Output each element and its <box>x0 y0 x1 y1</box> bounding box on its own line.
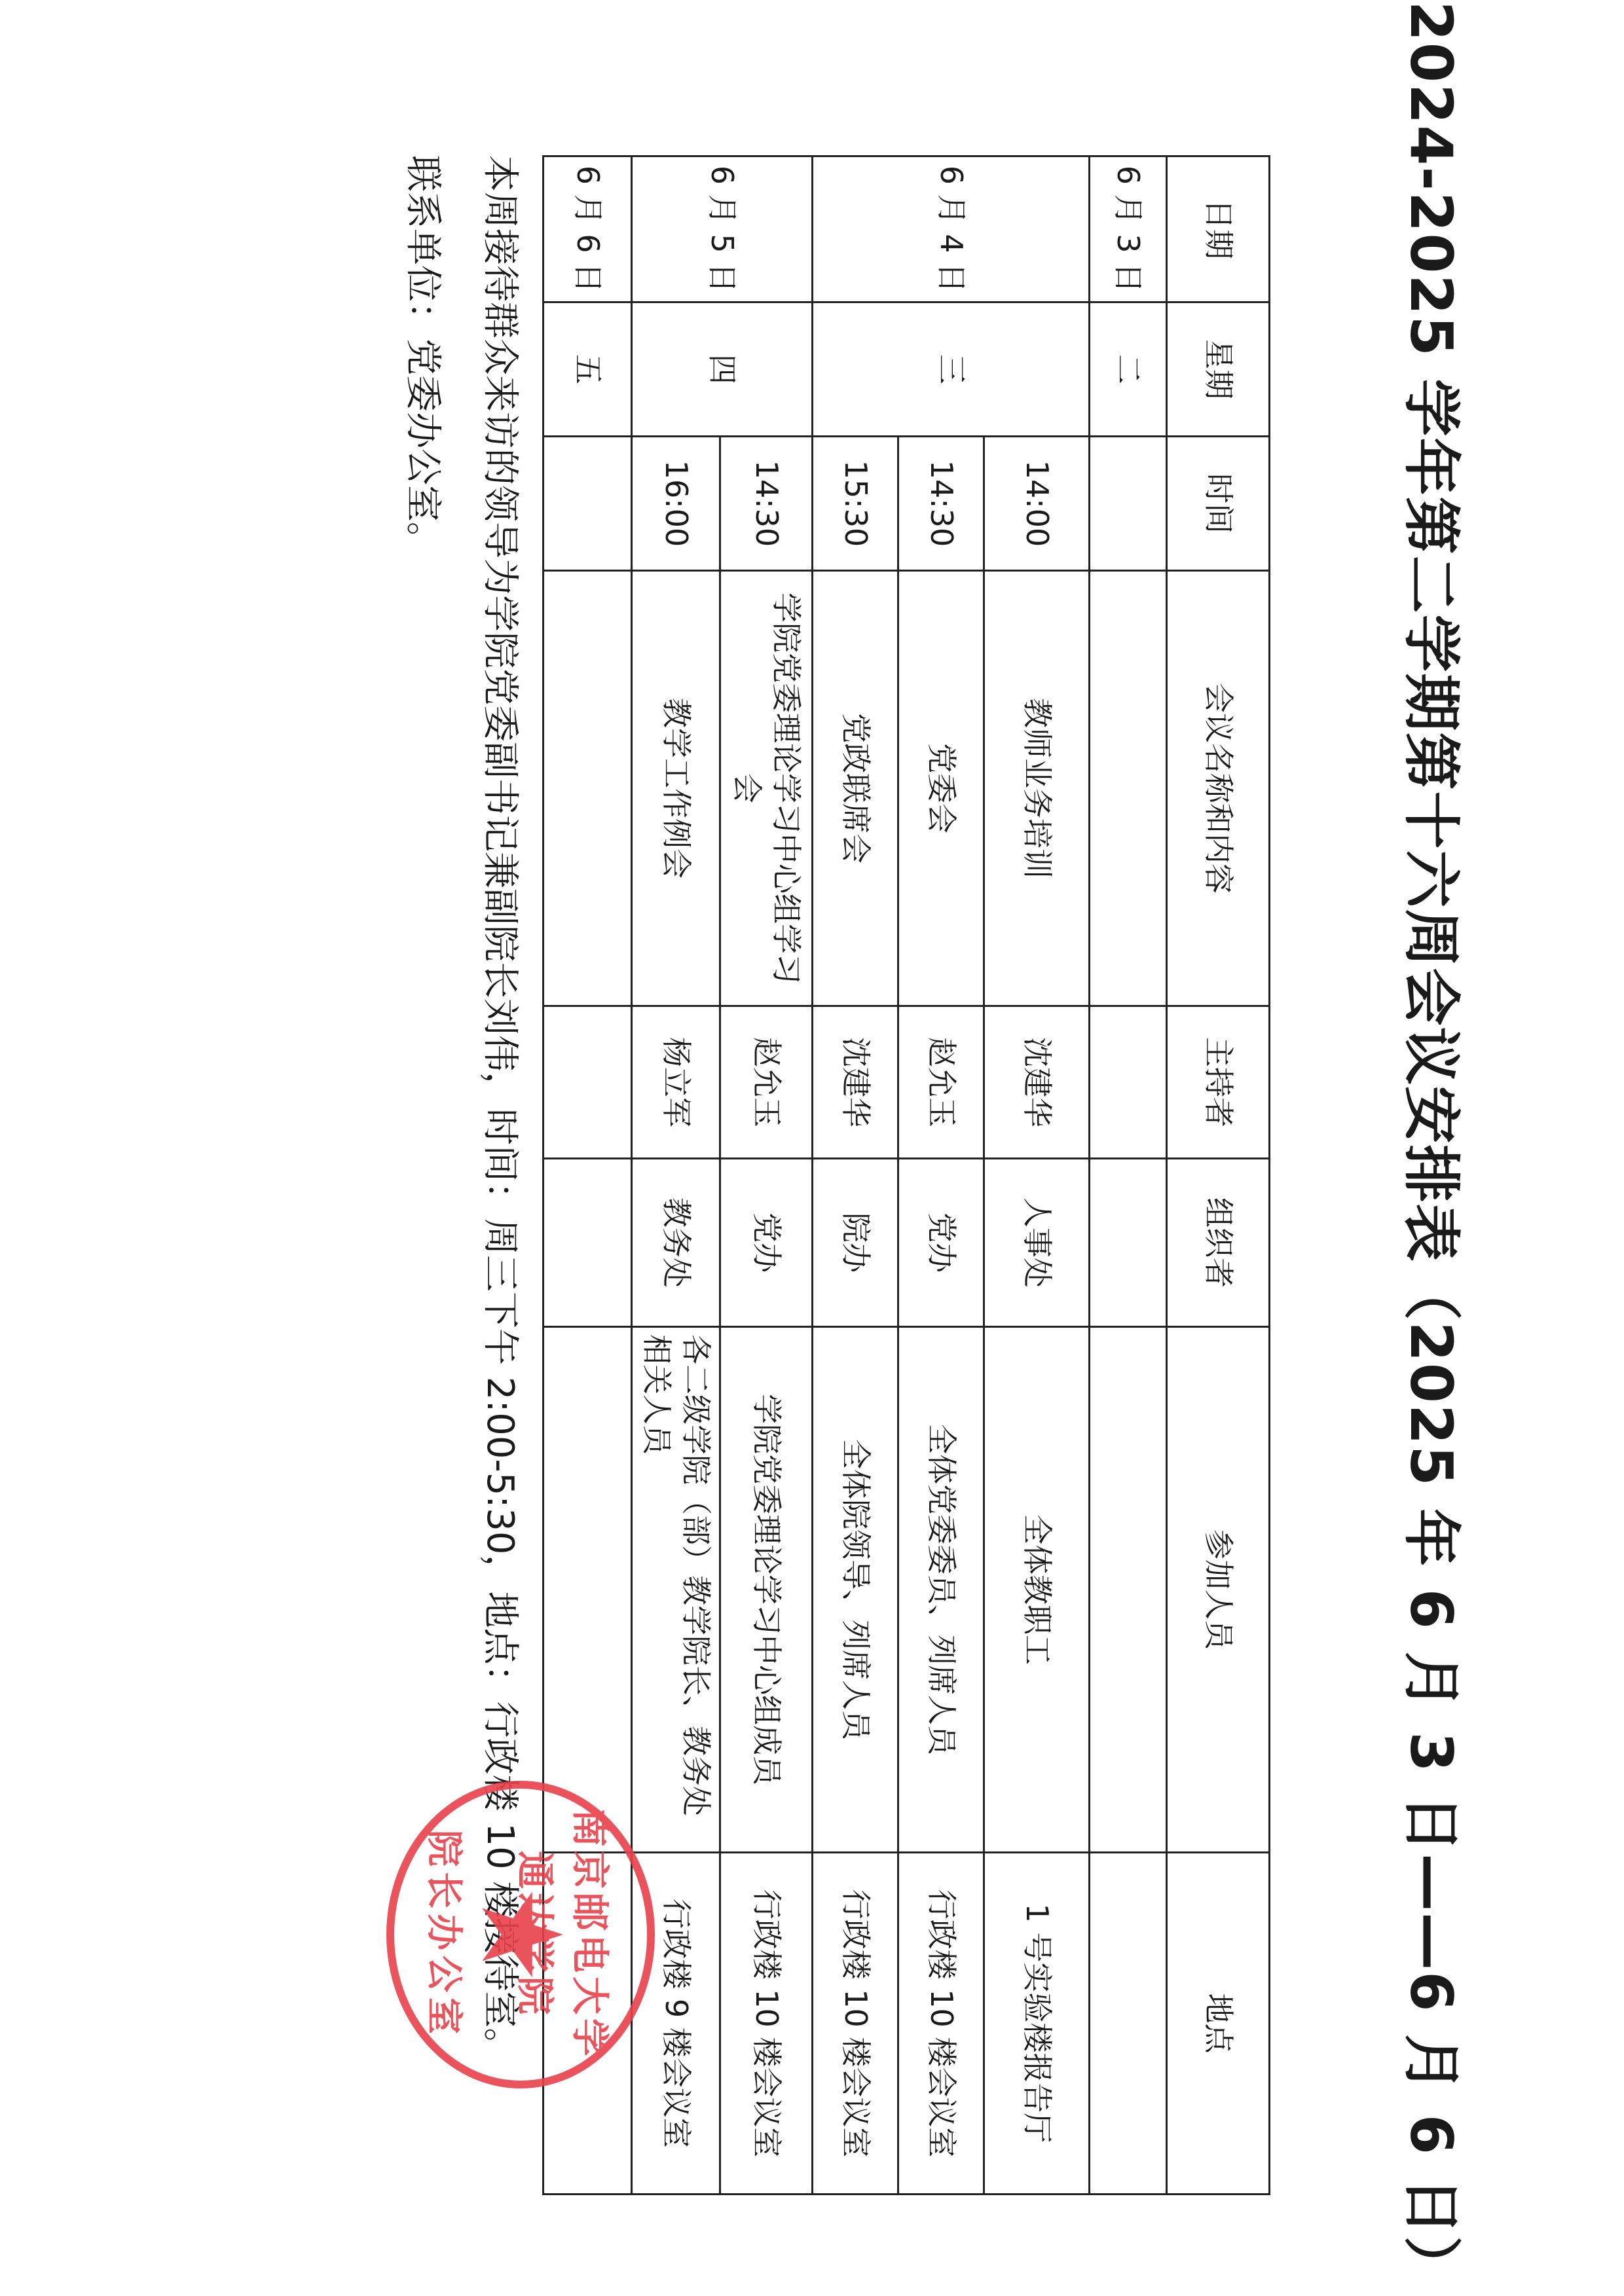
cell-location: 行政楼 10 楼会议室 <box>720 1853 813 2195</box>
cell-attendees: 学院党委理论学习中心组成员 <box>720 1327 813 1853</box>
cell-time: 14:30 <box>898 437 984 571</box>
cell-location: 行政楼 10 楼会议室 <box>813 1853 898 2195</box>
cell-meeting: 党委会 <box>898 571 984 1006</box>
cell-organizer: 党办 <box>898 1159 984 1327</box>
cell-time <box>544 437 632 571</box>
cell-time: 14:00 <box>984 437 1090 571</box>
cell-attendees: 各二级学院（部）教学院长、教务处相关人员 <box>632 1327 720 1853</box>
cell-attendees: 全体教职工 <box>984 1327 1090 1853</box>
cell-meeting: 教师业务培训 <box>984 571 1090 1006</box>
cell-time <box>1090 437 1167 571</box>
table-row: 14:30 党委会 赵允玉 党办 全体党委委员、列席人员 行政楼 10 楼会议室 <box>898 156 984 2195</box>
header-time: 时间 <box>1167 437 1270 571</box>
header-meeting: 会议名称和内容 <box>1167 571 1270 1006</box>
cell-weekday: 三 <box>813 302 1090 437</box>
cell-host: 沈建华 <box>984 1006 1090 1159</box>
cell-time: 16:00 <box>632 437 720 571</box>
header-attendees: 参加人员 <box>1167 1327 1270 1853</box>
cell-host: 沈建华 <box>813 1006 898 1159</box>
header-organizer: 组织者 <box>1167 1159 1270 1327</box>
cell-organizer: 院办 <box>813 1159 898 1327</box>
cell-meeting: 教学工作例会 <box>632 571 720 1006</box>
cell-weekday: 五 <box>544 302 632 437</box>
meeting-schedule-table: 日期 星期 时间 会议名称和内容 主持者 组织者 参加人员 地点 6 月 3 日… <box>542 155 1270 2195</box>
cell-date: 6 月 6 日 <box>544 156 632 302</box>
contact-note: 联系单位：党委办公室。 <box>399 155 452 558</box>
cell-host <box>544 1006 632 1159</box>
cell-date: 6 月 3 日 <box>1090 156 1167 302</box>
official-seal: 南京邮电大学通达学院 ★ 院长办公室 <box>386 1781 655 2088</box>
cell-time: 15:30 <box>813 437 898 571</box>
cell-meeting <box>1090 571 1167 1006</box>
cell-meeting: 学院党委理论学习中心组学习会 <box>720 571 813 1006</box>
table-row: 6 月 3 日 二 <box>1090 156 1167 2195</box>
cell-host: 杨立军 <box>632 1006 720 1159</box>
cell-attendees <box>1090 1327 1167 1853</box>
seal-bottom-text: 院长办公室 <box>420 1789 473 2081</box>
cell-organizer: 教务处 <box>632 1159 720 1327</box>
cell-organizer: 党办 <box>720 1159 813 1327</box>
cell-time: 14:30 <box>720 437 813 571</box>
cell-attendees: 全体院领导、列席人员 <box>813 1327 898 1853</box>
cell-date: 6 月 5 日 <box>632 156 813 302</box>
cell-organizer <box>1090 1159 1167 1327</box>
cell-date: 6 月 4 日 <box>813 156 1090 302</box>
cell-location: 行政楼 10 楼会议室 <box>898 1853 984 2195</box>
cell-weekday: 二 <box>1090 302 1167 437</box>
header-date: 日期 <box>1167 156 1270 302</box>
cell-organizer: 人事处 <box>984 1159 1090 1327</box>
cell-attendees <box>544 1327 632 1853</box>
cell-organizer <box>544 1159 632 1327</box>
cell-location: 1 号实验楼报告厅 <box>984 1853 1090 2195</box>
cell-host: 赵允玉 <box>898 1006 984 1159</box>
page-title: 2024-2025 学年第二学期第十六周会议安排表（2025 年 6 月 3 日… <box>1394 0 1477 2296</box>
cell-meeting: 党政联席会 <box>813 571 898 1006</box>
header-weekday: 星期 <box>1167 302 1270 437</box>
reception-note: 本周接待群众来访的领导为学院党委副书记兼副院长刘伟，时间：周三下午 2:00-5… <box>477 155 529 2064</box>
table-row: 15:30 党政联席会 沈建华 院办 全体院领导、列席人员 行政楼 10 楼会议… <box>813 156 898 2195</box>
table-row: 6 月 4 日 三 14:00 教师业务培训 沈建华 人事处 全体教职工 1 号… <box>984 156 1090 2195</box>
table-row: 6 月 5 日 四 14:30 学院党委理论学习中心组学习会 赵允玉 党办 学院… <box>720 156 813 2195</box>
cell-weekday: 四 <box>632 302 813 437</box>
table-header-row: 日期 星期 时间 会议名称和内容 主持者 组织者 参加人员 地点 <box>1167 156 1270 2195</box>
cell-meeting <box>544 571 632 1006</box>
cell-host <box>1090 1006 1167 1159</box>
star-icon: ★ <box>465 1885 576 1984</box>
header-location: 地点 <box>1167 1853 1270 2195</box>
cell-host: 赵允玉 <box>720 1006 813 1159</box>
cell-attendees: 全体党委委员、列席人员 <box>898 1327 984 1853</box>
header-host: 主持者 <box>1167 1006 1270 1159</box>
cell-location <box>1090 1853 1167 2195</box>
document-page: 2024-2025 学年第二学期第十六周会议安排表（2025 年 6 月 3 日… <box>0 0 1624 2296</box>
